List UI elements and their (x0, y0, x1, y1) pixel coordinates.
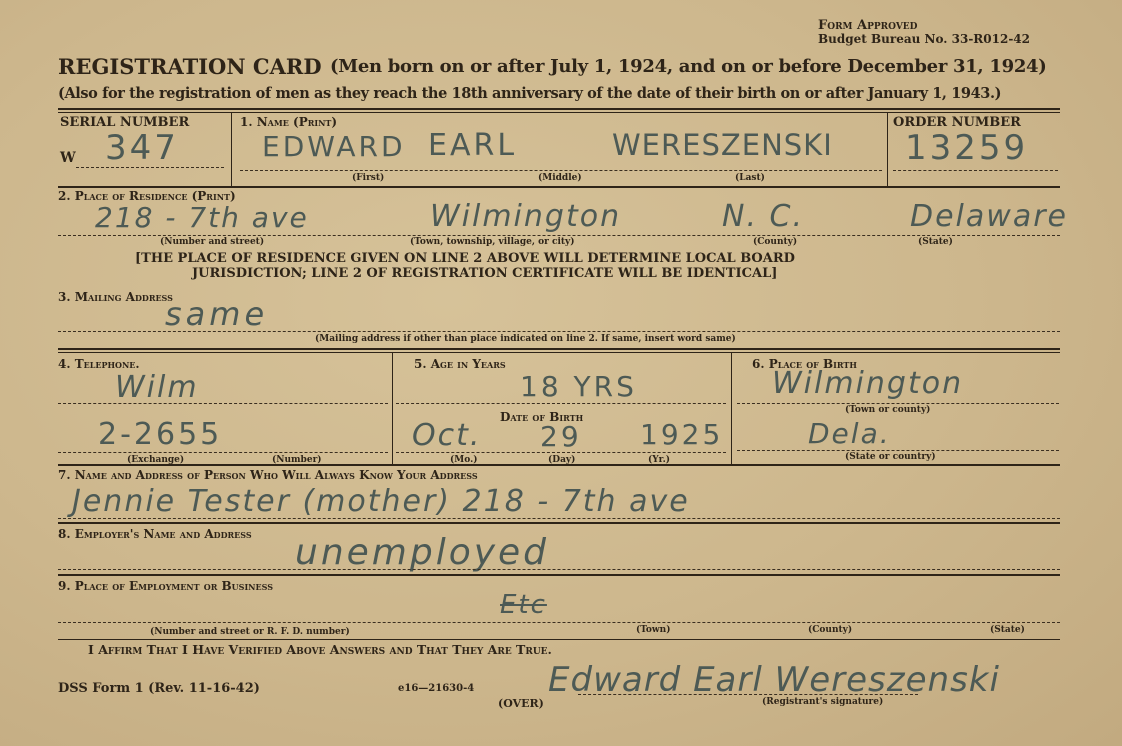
state-caption: (State) (918, 237, 953, 247)
employment-place-value: Etc (500, 590, 547, 620)
employment-county-caption: (County) (808, 625, 852, 635)
signature-line (578, 694, 918, 695)
divider (58, 352, 1060, 353)
name-label: 1. Name (Print) (240, 115, 337, 129)
residence-street: 218 - 7th ave (95, 201, 309, 234)
print-code: e16—21630-4 (398, 683, 474, 694)
residence-town: Wilmington (430, 199, 621, 234)
birth-day: 29 (540, 420, 582, 453)
serial-prefix: W (60, 150, 76, 166)
divider (58, 112, 1060, 113)
residence-state: Delaware (910, 199, 1068, 234)
name-first: EDWARD (262, 130, 406, 163)
divider (731, 352, 732, 464)
form-approved: Form Approved (818, 18, 917, 33)
jurisdiction-notice-line1: [THE PLACE OF RESIDENCE GIVEN ON LINE 2 … (135, 251, 795, 266)
divider (58, 522, 1060, 524)
field-line (76, 167, 224, 168)
form-id: DSS Form 1 (Rev. 11-16-42) (58, 681, 260, 696)
field-line (893, 170, 1058, 171)
divider (58, 348, 1060, 350)
divider (58, 574, 1060, 576)
birth-state-caption: (State or country) (845, 452, 936, 462)
first-caption: (First) (352, 173, 384, 183)
middle-caption: (Middle) (538, 173, 582, 183)
field-line (58, 569, 1060, 570)
county-caption: (County) (753, 237, 797, 247)
employment-place-label: 9. Place of Employment or Business (58, 579, 273, 593)
budget-bureau-number: Budget Bureau No. 33-R012-42 (818, 32, 1030, 46)
age-label: 5. Age in Years (414, 357, 506, 371)
telephone-exchange: Wilm (115, 370, 199, 405)
divider (887, 112, 888, 186)
divider (58, 464, 1060, 466)
card-title-qualifier: (Men born on or after July 1, 1924, and … (330, 56, 1046, 77)
over-indicator: (OVER) (498, 697, 544, 710)
employer-value: unemployed (295, 532, 549, 573)
street-caption: (Number and street) (160, 237, 264, 247)
residence-county: N. C. (722, 199, 804, 234)
field-line (396, 403, 726, 404)
last-caption: (Last) (735, 173, 765, 183)
employment-street-caption: (Number and street or R. F. D. number) (150, 627, 350, 637)
telephone-number: 2-2655 (98, 417, 222, 452)
divider (58, 108, 1060, 110)
birth-state: Dela. (808, 417, 891, 450)
divider (58, 186, 1060, 188)
field-line (58, 331, 1060, 332)
employer-label: 8. Employer's Name and Address (58, 527, 252, 541)
divider (231, 112, 232, 186)
field-line (737, 403, 1059, 404)
field-line (737, 450, 1059, 451)
town-caption: (Town, township, village, or city) (410, 237, 575, 247)
birth-town: Wilmington (772, 366, 963, 401)
name-last: WERESZENSKI (612, 128, 833, 162)
jurisdiction-notice-line2: JURISDICTION; LINE 2 OF REGISTRATION CER… (192, 266, 777, 281)
age-value: 18 YRS (520, 370, 637, 403)
birth-month: Oct. (412, 418, 481, 453)
mailing-address-label: 3. Mailing Address (58, 290, 173, 304)
contact-person-label: 7. Name and Address of Person Who Will A… (58, 468, 478, 482)
field-line (396, 452, 726, 453)
divider (58, 639, 1060, 640)
field-line (58, 403, 388, 404)
divider (392, 352, 393, 464)
birth-town-caption: (Town or county) (845, 405, 930, 415)
card-title: REGISTRATION CARD (58, 54, 322, 79)
name-middle: EARL (428, 128, 517, 163)
affirmation-text: I Affirm That I Have Verified Above Answ… (88, 642, 552, 657)
mailing-address-value: same (165, 295, 268, 333)
field-line (58, 622, 1060, 623)
registration-card: Form Approved Budget Bureau No. 33-R012-… (0, 0, 1122, 746)
field-line (58, 235, 1060, 236)
telephone-label: 4. Telephone. (58, 357, 140, 371)
birth-year: 1925 (640, 418, 723, 451)
card-subtitle: (Also for the registration of men as the… (58, 85, 1001, 102)
field-line (240, 170, 882, 171)
mailing-caption: (Mailing address if other than place ind… (315, 334, 736, 344)
order-number-value: 13259 (905, 128, 1028, 168)
field-line (58, 452, 388, 453)
signature-caption: (Registrant's signature) (762, 697, 883, 707)
contact-person-value: Jennie Tester (mother) 218 - 7th ave (72, 484, 690, 519)
employment-state-caption: (State) (990, 625, 1025, 635)
serial-number-value: 347 (105, 128, 179, 168)
employment-town-caption: (Town) (636, 625, 670, 635)
field-line (58, 518, 1060, 519)
